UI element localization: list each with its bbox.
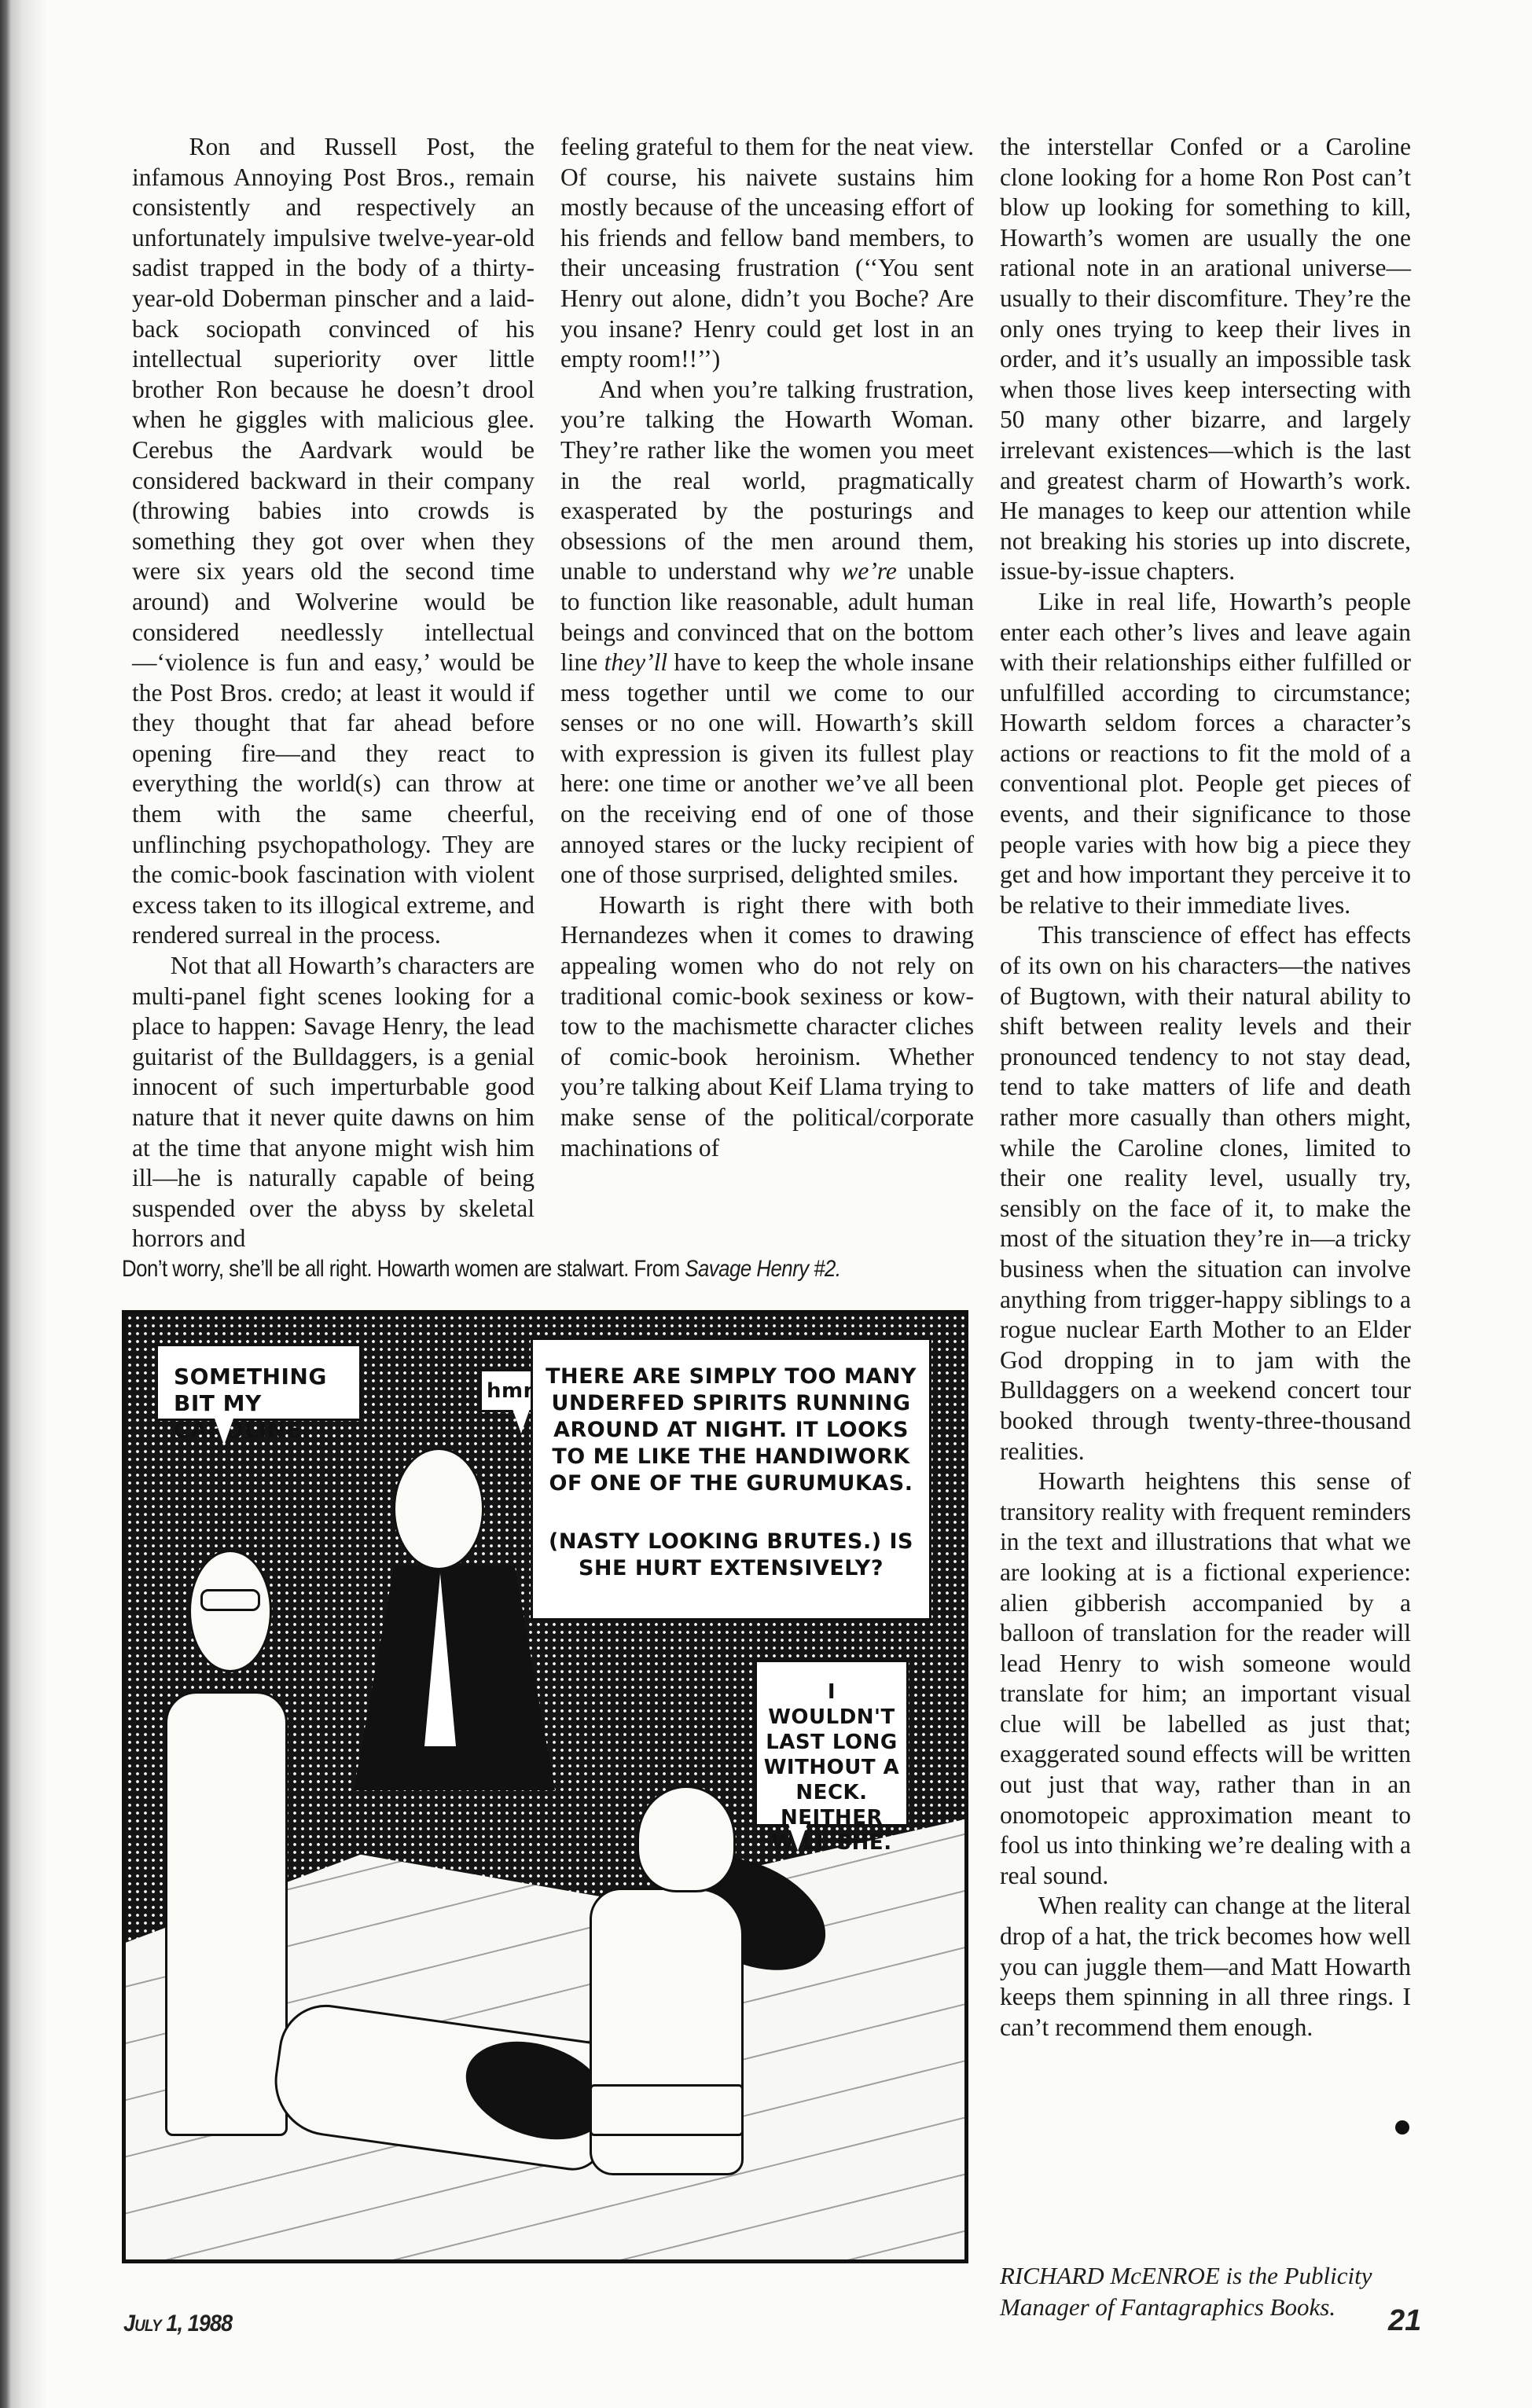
- article-column-2: feeling grateful to them for the neat vi…: [560, 132, 974, 1163]
- balloon-tail: [215, 1419, 233, 1445]
- paragraph: Not that all Howarth’s characters are mu…: [132, 951, 535, 1254]
- balloon-text: I wouldn't last long without a neck. Nei…: [764, 1680, 899, 1855]
- footer-date: July 1, 1988: [123, 2311, 232, 2337]
- henry-figure: [165, 1691, 288, 2136]
- end-of-article-bullet-icon: [1395, 2120, 1409, 2135]
- paragraph: This transcience of effect has effects o…: [1000, 920, 1411, 1466]
- page-number: 21: [1388, 2304, 1421, 2338]
- page-spine-shadow: [0, 0, 47, 2408]
- paragraph: When reality can change at the literal d…: [1000, 1891, 1411, 2043]
- henry-head: [189, 1550, 272, 1672]
- text-run: have to keep the whole insane mess toget…: [560, 648, 974, 888]
- emphasis: they’ll: [604, 648, 667, 676]
- paragraph: Howarth heightens this sense of transito…: [1000, 1466, 1411, 1891]
- article-column-3: the interstellar Confed or a Caroline cl…: [1000, 132, 1411, 2043]
- author-bio-line: Manager of Fantagraphics Books.: [1000, 2292, 1424, 2323]
- paragraph: feeling grateful to them for the neat vi…: [560, 132, 974, 375]
- balloon-text: Something bit my Caroline.: [174, 1364, 327, 1443]
- speech-balloon-henry: Something bit my Caroline.: [156, 1344, 362, 1421]
- emphasis: we’re: [841, 557, 897, 585]
- paragraph: And when you’re talking frustration, you…: [560, 375, 974, 890]
- ghost-figure: [354, 1566, 555, 1790]
- paragraph: Howarth is right there with both Hernand…: [560, 890, 974, 1163]
- text-run: And when you’re talking frustration, you…: [560, 376, 974, 585]
- article-column-1: Ron and Russell Post, the infamous Annoy…: [132, 132, 535, 1254]
- balloon-tail: [512, 1407, 531, 1433]
- caption-text: Don’t worry, she’ll be all right. Howart…: [122, 1256, 685, 1282]
- comic-panel: Something bit my Caroline. hmm... There …: [122, 1310, 968, 2263]
- author-bio: RICHARD McENROE is the Publicity Manager…: [1000, 2260, 1424, 2323]
- author-bio-line: RICHARD McENROE is the Publicity: [1000, 2260, 1424, 2292]
- figure-caption: Don’t worry, she’ll be all right. Howart…: [122, 1256, 865, 1283]
- balloon-tail: [788, 1824, 807, 1851]
- glasses-icon: [200, 1589, 260, 1611]
- balloon-text: There are simply too many underfed spiri…: [544, 1364, 918, 1497]
- kneeler-cap: [637, 1786, 736, 1892]
- paragraph: Ron and Russell Post, the infamous Annoy…: [132, 132, 535, 951]
- speech-balloon-kneeler: I wouldn't last long without a neck. Nei…: [755, 1660, 909, 1826]
- speech-balloon-ghost: There are simply too many underfed spiri…: [531, 1338, 931, 1621]
- paragraph: Like in real life, Howarth’s people ente…: [1000, 587, 1411, 921]
- ghost-head: [393, 1448, 484, 1570]
- caption-source: Savage Henry #2.: [685, 1256, 840, 1282]
- kneeler-belt: [590, 2084, 744, 2136]
- paragraph: the interstellar Confed or a Caroline cl…: [1000, 132, 1411, 587]
- balloon-text: (Nasty looking brutes.) Is she hurt exte…: [544, 1529, 918, 1582]
